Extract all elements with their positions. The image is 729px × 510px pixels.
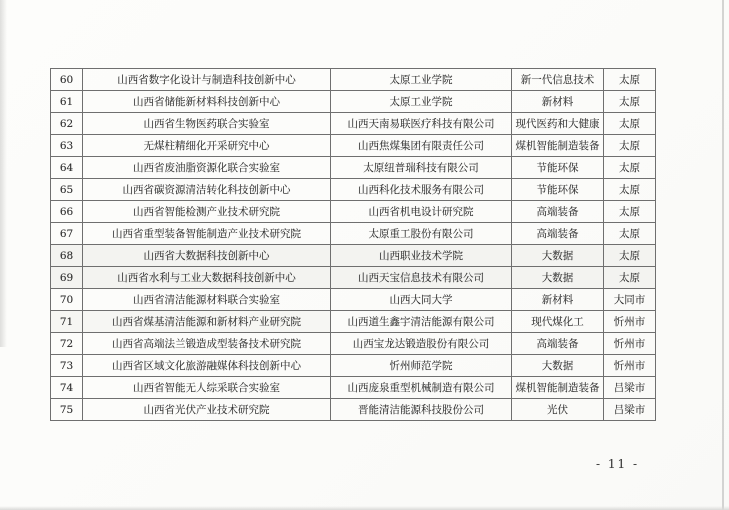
table-cell-org: 山西省机电设计研究院 — [331, 201, 512, 223]
table-cell-org: 山西道生鑫宇清洁能源有限公司 — [331, 311, 512, 333]
table-cell-city: 太原 — [604, 91, 656, 113]
table-cell-field: 煤机智能制造装备 — [512, 377, 604, 399]
table-cell-city: 忻州市 — [604, 333, 656, 355]
table-cell-field: 煤机智能制造装备 — [512, 135, 604, 157]
table-cell-city: 太原 — [604, 135, 656, 157]
table-row: 62山西省生物医药联合实验室山西天南易联医疗科技有限公司现代医药和大健康太原 — [51, 113, 656, 135]
table-cell-name: 山西省生物医药联合实验室 — [83, 113, 331, 135]
table-cell-name: 山西省智能无人综采联合实验室 — [83, 377, 331, 399]
table-cell-city: 大同市 — [604, 289, 656, 311]
table-cell-no: 69 — [51, 267, 83, 289]
table-cell-field: 大数据 — [512, 267, 604, 289]
table-cell-city: 太原 — [604, 201, 656, 223]
table-cell-field: 新材料 — [512, 289, 604, 311]
table-cell-no: 73 — [51, 355, 83, 377]
table-cell-org: 太原工业学院 — [331, 69, 512, 91]
table-cell-org: 太原工业学院 — [331, 91, 512, 113]
table-cell-name: 山西省光伏产业技术研究院 — [83, 399, 331, 421]
table-cell-no: 74 — [51, 377, 83, 399]
table-row: 75山西省光伏产业技术研究院晋能清洁能源科技股份公司光伏吕梁市 — [51, 399, 656, 421]
table-row: 61山西省储能新材料科技创新中心太原工业学院新材料太原 — [51, 91, 656, 113]
table-cell-name: 山西省数字化设计与制造科技创新中心 — [83, 69, 331, 91]
table-cell-no: 72 — [51, 333, 83, 355]
table-cell-org: 山西庞泉重型机械制造有限公司 — [331, 377, 512, 399]
table-cell-name: 山西省智能检测产业技术研究院 — [83, 201, 331, 223]
table-cell-no: 64 — [51, 157, 83, 179]
table-cell-field: 节能环保 — [512, 179, 604, 201]
table-cell-field: 高端装备 — [512, 201, 604, 223]
table-cell-field: 高端装备 — [512, 223, 604, 245]
table-row: 63无煤柱精细化开采研究中心山西焦煤集团有限责任公司煤机智能制造装备太原 — [51, 135, 656, 157]
table-row: 68山西省大数据科技创新中心山西职业技术学院大数据太原 — [51, 245, 656, 267]
table-body: 60山西省数字化设计与制造科技创新中心太原工业学院新一代信息技术太原61山西省储… — [51, 69, 656, 421]
innovation-platform-table: 60山西省数字化设计与制造科技创新中心太原工业学院新一代信息技术太原61山西省储… — [50, 68, 656, 421]
table-row: 71山西省煤基清洁能源和新材料产业研究院山西道生鑫宇清洁能源有限公司现代煤化工忻… — [51, 311, 656, 333]
scanned-document-page: 60山西省数字化设计与制造科技创新中心太原工业学院新一代信息技术太原61山西省储… — [0, 0, 729, 510]
table-cell-no: 60 — [51, 69, 83, 91]
table-row: 70山西省清洁能源材料联合实验室山西大同大学新材料大同市 — [51, 289, 656, 311]
table-cell-name: 无煤柱精细化开采研究中心 — [83, 135, 331, 157]
table-cell-city: 吕梁市 — [604, 377, 656, 399]
table-cell-field: 大数据 — [512, 245, 604, 267]
table-cell-org: 山西职业技术学院 — [331, 245, 512, 267]
table-cell-name: 山西省高端法兰锻造成型装备技术研究院 — [83, 333, 331, 355]
table-cell-no: 70 — [51, 289, 83, 311]
table-cell-name: 山西省煤基清洁能源和新材料产业研究院 — [83, 311, 331, 333]
table-cell-org: 山西天宝信息技术有限公司 — [331, 267, 512, 289]
table-cell-city: 忻州市 — [604, 311, 656, 333]
table-cell-org: 太原重工股份有限公司 — [331, 223, 512, 245]
table-cell-city: 太原 — [604, 157, 656, 179]
table-cell-city: 吕梁市 — [604, 399, 656, 421]
table-cell-name: 山西省储能新材料科技创新中心 — [83, 91, 331, 113]
table-row: 66山西省智能检测产业技术研究院山西省机电设计研究院高端装备太原 — [51, 201, 656, 223]
table-cell-field: 高端装备 — [512, 333, 604, 355]
table-row: 67山西省重型装备智能制造产业技术研究院太原重工股份有限公司高端装备太原 — [51, 223, 656, 245]
table-cell-org: 山西科化技术服务有限公司 — [331, 179, 512, 201]
table-cell-city: 太原 — [604, 223, 656, 245]
table-row: 65山西省碳资源清洁转化科技创新中心山西科化技术服务有限公司节能环保太原 — [51, 179, 656, 201]
table-cell-org: 太原纽普瑞科技有限公司 — [331, 157, 512, 179]
page-number: - 11 - — [596, 457, 639, 471]
table-cell-city: 太原 — [604, 69, 656, 91]
page-right-edge-line — [722, 0, 724, 510]
table-row: 72山西省高端法兰锻造成型装备技术研究院山西宝龙达锻造股份有限公司高端装备忻州市 — [51, 333, 656, 355]
table-cell-no: 65 — [51, 179, 83, 201]
table-cell-org: 山西宝龙达锻造股份有限公司 — [331, 333, 512, 355]
table-cell-city: 太原 — [604, 267, 656, 289]
table-cell-no: 67 — [51, 223, 83, 245]
table-cell-org: 山西大同大学 — [331, 289, 512, 311]
table-cell-field: 现代医药和大健康 — [512, 113, 604, 135]
table-cell-field: 节能环保 — [512, 157, 604, 179]
table-cell-city: 太原 — [604, 245, 656, 267]
table-cell-name: 山西省区域文化旅游融媒体科技创新中心 — [83, 355, 331, 377]
table-cell-org: 忻州师范学院 — [331, 355, 512, 377]
table-cell-no: 63 — [51, 135, 83, 157]
table-row: 64山西省废油脂资源化联合实验室太原纽普瑞科技有限公司节能环保太原 — [51, 157, 656, 179]
table-cell-no: 68 — [51, 245, 83, 267]
table-cell-org: 山西天南易联医疗科技有限公司 — [331, 113, 512, 135]
table-row: 60山西省数字化设计与制造科技创新中心太原工业学院新一代信息技术太原 — [51, 69, 656, 91]
table-cell-org: 晋能清洁能源科技股份公司 — [331, 399, 512, 421]
table-cell-city: 太原 — [604, 113, 656, 135]
table-row: 73山西省区域文化旅游融媒体科技创新中心忻州师范学院大数据忻州市 — [51, 355, 656, 377]
table-cell-field: 光伏 — [512, 399, 604, 421]
table-cell-name: 山西省碳资源清洁转化科技创新中心 — [83, 179, 331, 201]
table-cell-field: 现代煤化工 — [512, 311, 604, 333]
scan-bottom-edge — [0, 506, 729, 510]
table-cell-name: 山西省大数据科技创新中心 — [83, 245, 331, 267]
table-cell-field: 新一代信息技术 — [512, 69, 604, 91]
table-cell-city: 忻州市 — [604, 355, 656, 377]
scan-left-edge — [0, 0, 7, 347]
table-row: 74山西省智能无人综采联合实验室山西庞泉重型机械制造有限公司煤机智能制造装备吕梁… — [51, 377, 656, 399]
table-cell-name: 山西省水利与工业大数据科技创新中心 — [83, 267, 331, 289]
table-cell-no: 71 — [51, 311, 83, 333]
table-cell-no: 66 — [51, 201, 83, 223]
table-cell-field: 大数据 — [512, 355, 604, 377]
table-cell-city: 太原 — [604, 179, 656, 201]
table-row: 69山西省水利与工业大数据科技创新中心山西天宝信息技术有限公司大数据太原 — [51, 267, 656, 289]
table-cell-name: 山西省清洁能源材料联合实验室 — [83, 289, 331, 311]
table-cell-name: 山西省废油脂资源化联合实验室 — [83, 157, 331, 179]
table-cell-field: 新材料 — [512, 91, 604, 113]
table-cell-no: 62 — [51, 113, 83, 135]
table-cell-org: 山西焦煤集团有限责任公司 — [331, 135, 512, 157]
table-cell-no: 75 — [51, 399, 83, 421]
table-cell-no: 61 — [51, 91, 83, 113]
table-cell-name: 山西省重型装备智能制造产业技术研究院 — [83, 223, 331, 245]
